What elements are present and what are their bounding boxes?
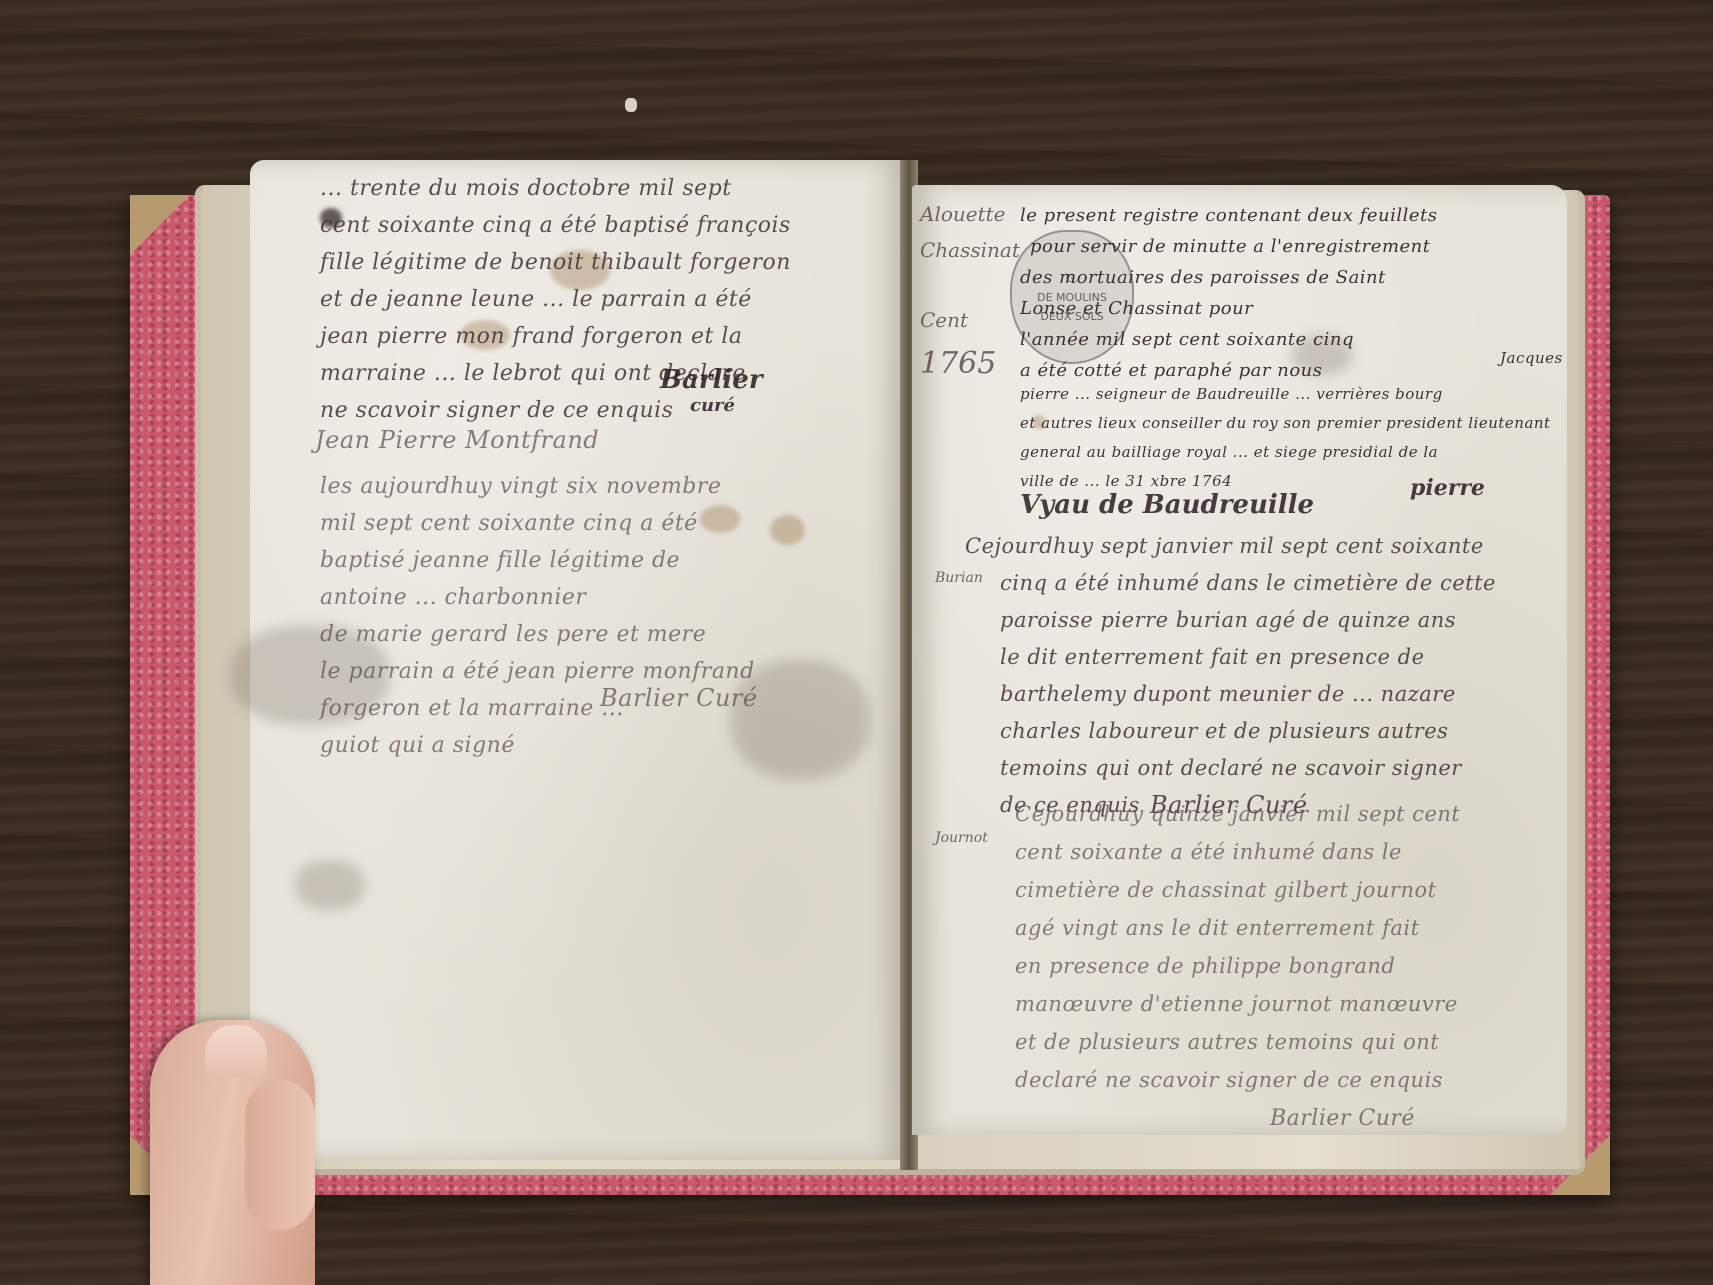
text-line: agé vingt ans le dit enterrement fait [1015,909,1460,947]
text-line: ... trente du mois doctobre mil sept [320,170,791,207]
signature-barlier-cure: Barlier Curé [600,680,758,717]
text-line: cent soixante cinq a été baptisé françoi… [320,207,791,244]
signature-barlier-cure-right-2: Barlier Curé [1270,1100,1415,1137]
text-line: le dit enterrement fait en presence de [965,639,1496,676]
margin-notes: Alouette Chassinat Cent 1765 [920,196,1020,382]
margin-note: Chassinat [920,232,1020,268]
text-line: Lonse et Chassinat pour [1020,293,1438,324]
text-line: baptisé jeanne fille légitime de [320,542,755,579]
text-line: cinq a été inhumé dans le cimetière de c… [965,565,1496,602]
text-line: en presence de philippe bongrand [1015,947,1460,985]
text-line: de marie gerard les pere et mere [320,616,755,653]
text-line: le present registre contenant deux feuil… [1020,200,1438,231]
text-line: charles laboureur et de plusieurs autres [965,713,1496,750]
text-line: Cejourdhuy quinze janvier mil sept cent [1015,795,1460,833]
text-line: cent soixante a été inhumé dans le [1015,833,1460,871]
text-line: paroisse pierre burian agé de quinze ans [965,602,1496,639]
left-entry-2: les aujourdhuy vingt six novembre mil se… [320,468,755,764]
text-line: et de plusieurs autres temoins qui ont [1015,1023,1460,1061]
signature-vyau-de-baudreuille: Vyau de Baudreuille [1020,490,1314,520]
signature-cure: curé [690,395,735,416]
debris-speck [625,98,637,112]
text-line: pour servir de minutte a l'enregistremen… [1020,231,1438,262]
burial-entry-2: Cejourdhuy quinze janvier mil sept cent … [1015,795,1460,1099]
fingernail [205,1025,267,1077]
text-line: general au bailliage royal ... et siege … [1020,438,1551,467]
margin-name-journot: Journot [935,820,988,856]
signature-pierre: pierre [1410,475,1485,501]
text-line: antoine ... charbonnier [320,579,755,616]
signature-montfrand: Jean Pierre Montfrand [315,422,599,459]
text-line: l'année mil sept cent soixante cinq [1020,324,1438,355]
text-line: manœuvre d'etienne journot manœuvre [1015,985,1460,1023]
text-line: et autres lieux conseiller du roy son pr… [1020,409,1551,438]
margin-year: 1765 [920,346,1020,382]
finger [245,1080,315,1230]
text-line: des mortuaires des paroisses de Saint [1020,262,1438,293]
text-line: et de jeanne leune ... le parrain a été [320,281,791,318]
text-line: les aujourdhuy vingt six novembre [320,468,755,505]
signature-barlier: Barlier [660,365,763,395]
right-header-entry: le present registre contenant deux feuil… [1020,200,1438,386]
burial-entry-1: Cejourdhuy sept janvier mil sept cent so… [965,528,1496,824]
text-line: temoins qui ont declaré ne scavoir signe… [965,750,1496,787]
text-line: cimetière de chassinat gilbert journot [1015,871,1460,909]
text-line: mil sept cent soixante cinq a été [320,505,755,542]
text-line: jean pierre mon frand forgeron et la [320,318,791,355]
text-line: fille légitime de benoit thibault forger… [320,244,791,281]
header-name-jacques: Jacques [1500,340,1563,377]
text-line: barthelemy dupont meunier de ... nazare [965,676,1496,713]
text-line: Cejourdhuy sept janvier mil sept cent so… [965,528,1496,565]
text-line: guiot qui a signé [320,727,755,764]
margin-note: Alouette [920,196,1020,232]
text-line: declaré ne scavoir signer de ce enquis [1015,1061,1460,1099]
margin-note: Cent [920,302,1020,338]
text-line: pierre ... seigneur de Baudreuille ... v… [1020,380,1551,409]
